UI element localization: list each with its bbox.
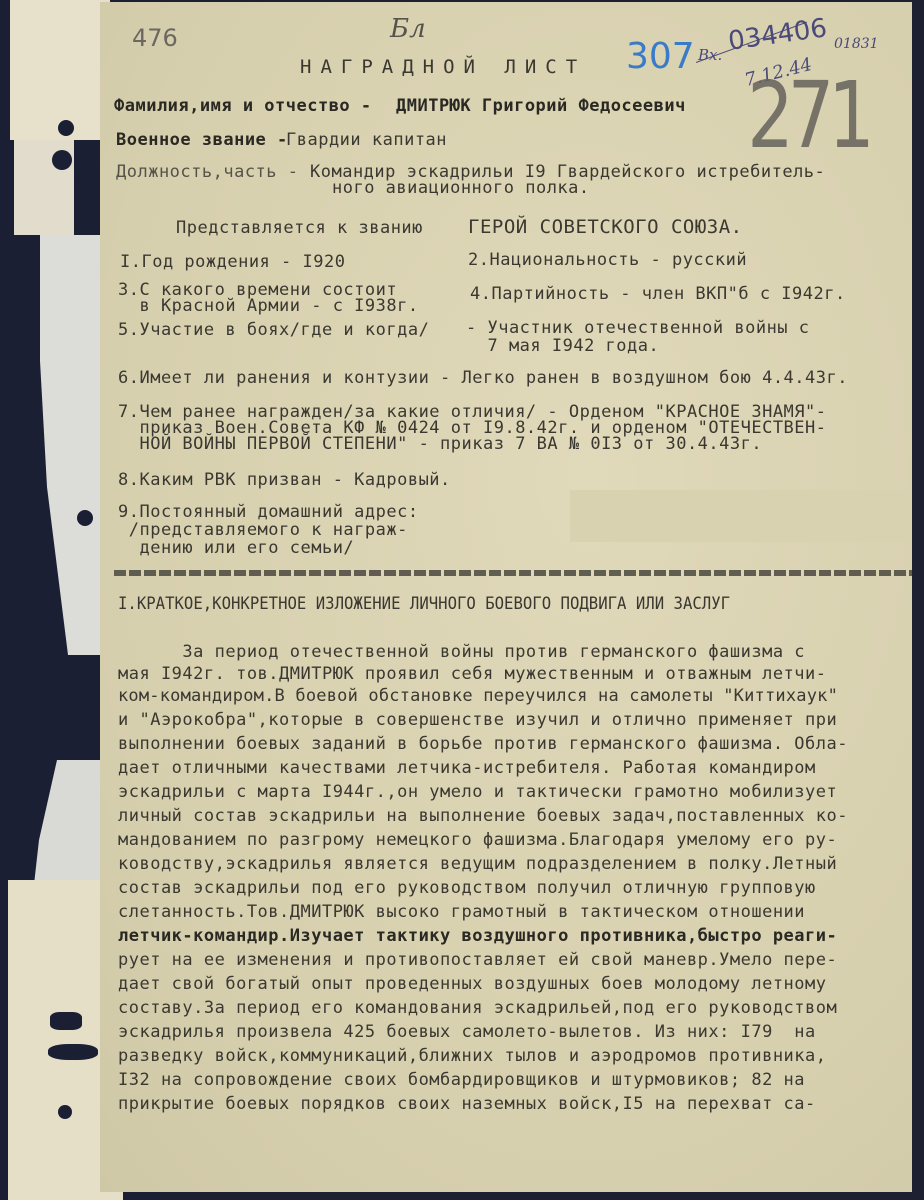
item-1-birth-year: I.Год рождения - I920 xyxy=(120,252,345,272)
corner-number: 01831 xyxy=(834,36,879,52)
redacted-address xyxy=(570,490,924,542)
body-line: За период отечественной войны против гер… xyxy=(118,642,805,662)
rank-label: Военное звание - xyxy=(116,130,288,150)
body-line: прикрытие боевых порядков своих наземных… xyxy=(118,1094,816,1114)
award-sheet-page: 476 Бл 307 Вх. 034406 7.12.44 01831 271 … xyxy=(100,2,912,1192)
registration-prefix: Вх. xyxy=(698,46,722,64)
rank-value: Гвардии капитан xyxy=(286,130,447,150)
name-value: ДМИТРЮК Григорий Федосеевич xyxy=(396,96,686,116)
body-line: эскадрильи с марта I944г.,он умело и так… xyxy=(118,782,837,802)
registration-number: 034406 xyxy=(726,13,828,57)
item-6-wounds: 6.Имеет ли ранения и контузии - Легко ра… xyxy=(118,368,848,388)
body-line: и "Аэрокобра",которые в совершенстве изу… xyxy=(118,710,837,730)
section-divider xyxy=(114,570,914,576)
binding-hole xyxy=(50,1012,82,1030)
body-line: мандованием по разгрому немецкого фашизм… xyxy=(118,830,837,850)
binding-hole xyxy=(52,150,72,170)
archive-backing-right xyxy=(912,0,924,1200)
body-line: состав эскадрильи под его руководством п… xyxy=(118,878,816,898)
document-title: НАГРАДНОЙ ЛИСТ xyxy=(300,56,586,78)
binding-hole xyxy=(77,168,95,190)
item-2-nationality: 2.Национальность - русский xyxy=(468,250,747,270)
paper-scrap xyxy=(10,0,110,140)
body-line: I32 на сопровождение своих бомбардировщи… xyxy=(118,1070,805,1090)
item-8-conscription: 8.Каким РВК призван - Кадровый. xyxy=(118,470,451,490)
body-line: личный состав эскадрильи на выполнение б… xyxy=(118,806,848,826)
body-line: дает отличными качествами летчика-истреб… xyxy=(118,758,816,778)
nomination-value: ГЕРОЙ СОВЕТСКОГО СОЮЗА. xyxy=(468,216,743,238)
handwritten-mark: Бл xyxy=(390,14,426,44)
item-9-address-line3: дению или его семьи/ xyxy=(118,538,354,558)
nomination-label: Представляется к званию xyxy=(176,218,423,238)
item-7-line3: НОЙ ВОЙНЫ ПЕРВОЙ СТЕПЕНИ" - приказ 7 ВА … xyxy=(118,434,762,454)
binding-hole xyxy=(58,120,74,136)
body-line: слетанность.Тов.ДМИТРЮК высоко грамотный… xyxy=(118,902,805,922)
position-label: Должность,часть - xyxy=(116,162,299,182)
body-line: разведку войск,коммуникаций,ближних тыло… xyxy=(118,1046,827,1066)
item-5-label: 5.Участие в боях/где и когда/ xyxy=(118,320,429,340)
section-heading: I.КРАТКОЕ,КОНКРЕТНОЕ ИЗЛОЖЕНИЕ ЛИЧНОГО Б… xyxy=(118,594,730,614)
binding-hole xyxy=(48,1044,98,1060)
item-9-address-line2: /представляемого к награж- xyxy=(118,520,408,540)
blue-ink-number: 307 xyxy=(626,36,695,77)
archive-number: 476 xyxy=(132,24,178,52)
item-5-value-line1: - Участник отечественной войны с xyxy=(466,318,810,338)
item-9-address-line1: 9.Постоянный домашний адрес: xyxy=(118,502,419,522)
name-label: Фамилия,имя и отчество - xyxy=(114,96,372,116)
body-line: летчик-командир.Изучает тактику воздушно… xyxy=(118,926,837,946)
body-line: рует на ее изменения и противопоставляет… xyxy=(118,950,837,970)
pencil-mark: 271 xyxy=(747,62,868,169)
item-5-value-line2: 7 мая I942 года. xyxy=(466,336,659,356)
item-3-service-since-line2: в Красной Армии - с I938г. xyxy=(118,296,419,316)
body-line: ком-командиром.В боевой обстановке переу… xyxy=(118,686,838,706)
binding-hole xyxy=(58,1105,72,1119)
body-line: эскадрилья произвела 425 боевых самолето… xyxy=(118,1022,816,1042)
position-value-line2: ного авиационного полка. xyxy=(332,178,590,198)
body-line: мая I942г. тов.ДМИТРЮК проявил себя муже… xyxy=(118,664,827,684)
binding-hole xyxy=(77,510,93,526)
body-line: дает свой богатый опыт проведенных возду… xyxy=(118,974,827,994)
body-line: составу.За период его командования эскад… xyxy=(118,998,837,1018)
item-4-party: 4.Партийность - член ВКП"б с I942г. xyxy=(470,284,846,304)
body-line: ководству,эскадрилья является ведущим по… xyxy=(118,854,837,874)
body-line: выполнении боевых заданий в борьбе проти… xyxy=(118,734,848,754)
